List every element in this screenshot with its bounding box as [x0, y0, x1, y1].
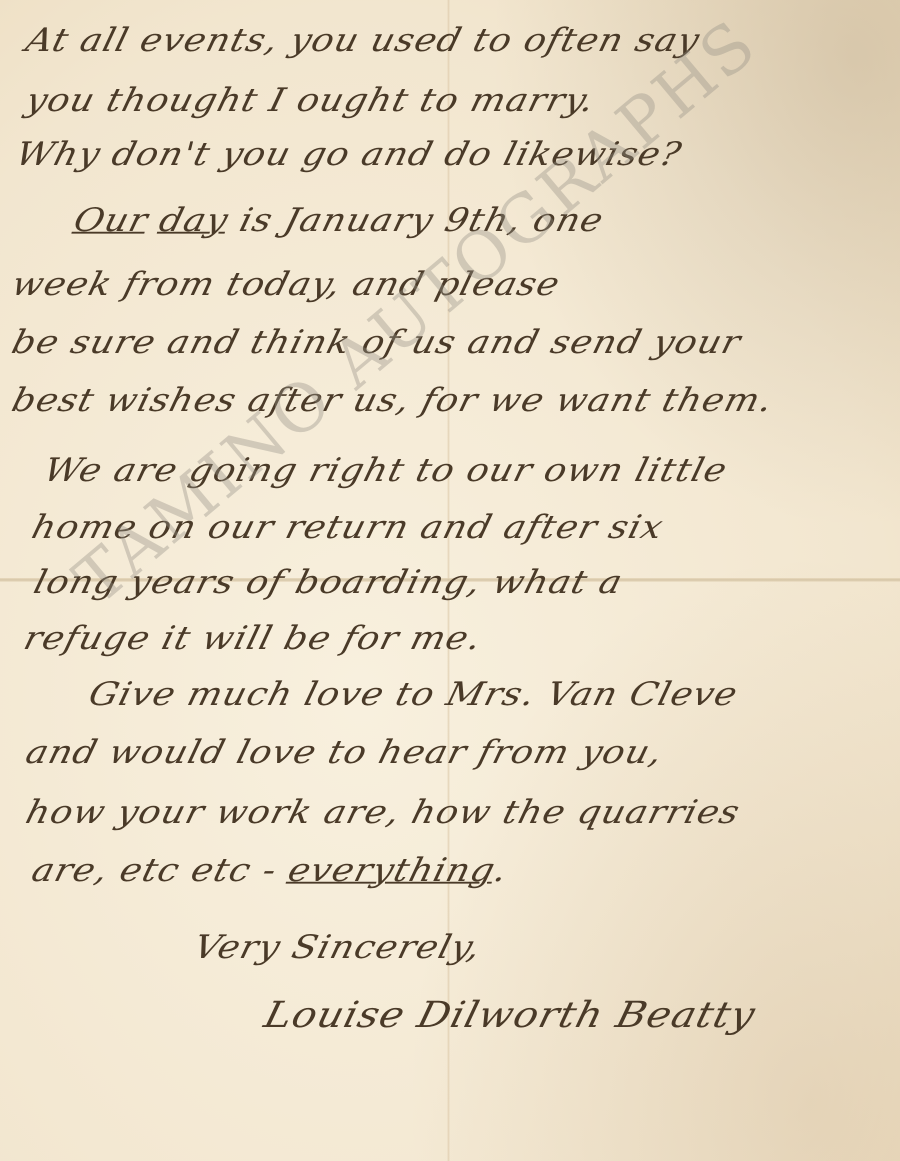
letter-line-12: Give much love to Mrs. Van Cleve	[85, 676, 742, 713]
letter-line-10: long years of boarding, what a	[30, 564, 627, 601]
line-4-rest: is January 9th, one	[236, 202, 608, 239]
letter-line-11: refuge it will be for me.	[20, 620, 486, 657]
signature: Louise Dilworth Beatty	[260, 995, 760, 1036]
letter-line-15: are, etc etc - everything.	[28, 852, 512, 889]
closing: Very Sincerely,	[190, 929, 485, 966]
letter-line-3: Why don't you go and do likewise?	[12, 136, 686, 173]
letter-line-5: week from today, and please	[8, 266, 564, 303]
letter-line-13: and would love to hear from you,	[22, 734, 667, 771]
letter-line-14: how your work are, how the quarries	[22, 794, 744, 831]
letter-line-8: We are going right to our own little	[40, 452, 731, 489]
underlined-day: day	[155, 202, 232, 239]
underlined-everything: everything	[284, 852, 499, 889]
letter-page: At all events, you used to often say you…	[0, 0, 900, 1161]
letter-line-4: Our day is January 9th, one	[70, 202, 608, 239]
letter-line-7: best wishes after us, for we want them.	[8, 382, 777, 419]
letter-line-9: home on our return and after six	[28, 509, 667, 546]
line-15-start: are, etc etc -	[28, 852, 293, 889]
letter-line-2: you thought I ought to marry.	[22, 82, 599, 119]
letter-line-6: be sure and think of us and send your	[8, 324, 745, 361]
letter-line-1: At all events, you used to often say	[22, 22, 704, 59]
underlined-our: Our	[70, 202, 152, 239]
